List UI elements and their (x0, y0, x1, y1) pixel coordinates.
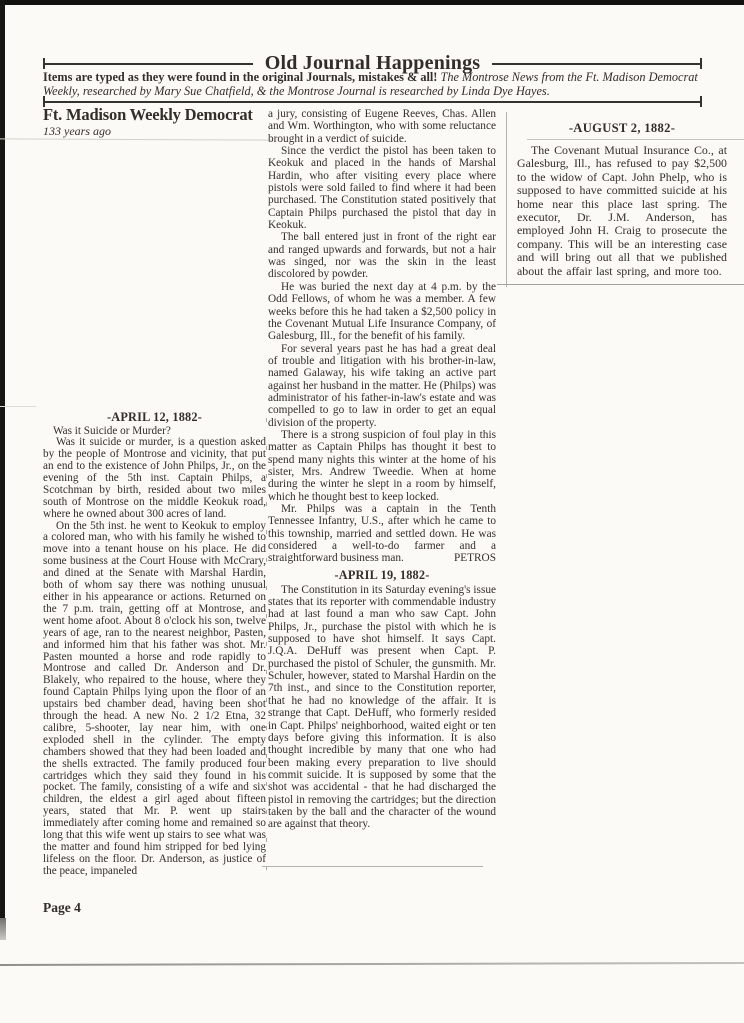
column-one: -APRIL 12, 1882- Was it Suicide or Murde… (43, 411, 266, 878)
article-paragraph: The Constitution in its Saturday evening… (268, 584, 496, 831)
column-two-bottom-edge (262, 866, 483, 867)
article-date-header: -AUGUST 2, 1882- (517, 122, 727, 135)
page-number: Page 4 (43, 900, 81, 916)
scan-left-edge-fade (0, 918, 6, 940)
column-three: -AUGUST 2, 1882- The Covenant Mutual Ins… (517, 122, 727, 278)
column-two: a jury, consisting of Eugene Reeves, Cha… (268, 108, 496, 831)
column-three-left-edge (506, 112, 507, 287)
article-paragraph: Was it suicide or murder, is a question … (43, 437, 266, 520)
paper-bottom-edge-line (0, 962, 744, 966)
column-three-bottom-edge (497, 284, 744, 285)
header-rule-line (45, 101, 700, 103)
article-byline: PETROS (441, 552, 496, 564)
article-paragraph: There is a strong suspicion of foul play… (268, 429, 496, 503)
intro-bold-text: Items are typed as they were found in th… (43, 70, 437, 84)
column-two-clipping-seam (266, 418, 267, 870)
article-paragraph: For several years past he has had a grea… (268, 343, 496, 429)
article-paragraph: a jury, consisting of Eugene Reeves, Cha… (268, 108, 496, 145)
publication-name: Ft. Madison Weekly Democrat (43, 106, 253, 124)
rule-end-tick-right (700, 58, 702, 69)
title-rule-left (45, 63, 253, 65)
publication-age-note: 133 years ago (43, 125, 253, 138)
article-date-header: -APRIL 19, 1882- (268, 569, 496, 582)
article-date-header: -APRIL 12, 1882- (43, 411, 266, 424)
article-paragraph: On the 5th inst. he went to Keokuk to em… (43, 521, 266, 878)
article-closing-paragraph: Mr. Philps was a captain in the Tenth Te… (268, 503, 496, 565)
newsletter-intro: Items are typed as they were found in th… (43, 71, 707, 99)
article-paragraph: The ball entered just in front of the ri… (268, 231, 496, 280)
title-rule-right (492, 63, 700, 65)
article-paragraph: Since the verdict the pistol has been ta… (268, 145, 496, 231)
article-paragraph: He was buried the next day at 4 p.m. by … (268, 281, 496, 343)
article-paragraph: The Covenant Mutual Insurance Co., at Ga… (517, 144, 727, 278)
source-masthead: Ft. Madison Weekly Democrat 133 years ag… (43, 106, 253, 138)
clipping-edge-under-masthead (0, 138, 272, 140)
scan-top-bar (0, 0, 744, 5)
left-margin-clipping-mark (0, 406, 36, 407)
rule-end-tick-right (700, 96, 702, 107)
scanned-newsletter-page: Old Journal Happenings Items are typed a… (0, 0, 744, 1023)
